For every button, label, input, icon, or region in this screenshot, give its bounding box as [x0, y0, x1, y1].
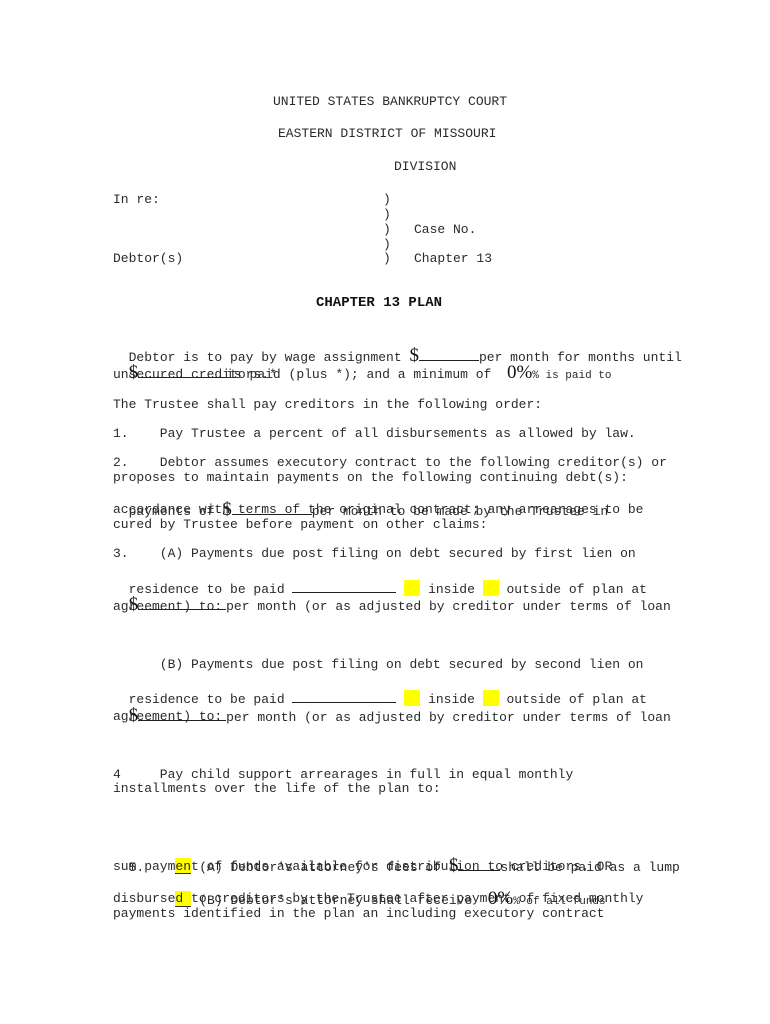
item-5-line: payments identified in the plan an inclu… — [113, 906, 604, 921]
item-3b-text: per month (or as adjusted by creditor un… — [226, 710, 671, 725]
item-3a-line: 3. (A) Payments due post filing on debt … — [113, 546, 636, 561]
intro-line-3: unsecured creditors.* — [113, 367, 277, 382]
case-number-label: Case No. — [414, 222, 476, 237]
item-2-line: proposes to maintain payments on the fol… — [113, 470, 628, 485]
caption-paren: ) — [383, 192, 391, 207]
item-1: 1. Pay Trustee a percent of all disburse… — [113, 426, 636, 441]
unsecured-percent-field[interactable]: 0% — [507, 362, 532, 383]
item-3b-line: agreement) to: — [113, 709, 222, 724]
item-4-line: 4 Pay child support arrearages in full i… — [113, 767, 573, 782]
debtors-label: Debtor(s) — [113, 251, 183, 266]
item-3a-text: per month (or as adjusted by creditor un… — [226, 599, 671, 614]
division-label: DIVISION — [394, 159, 456, 174]
intro-text: % is paid to — [532, 370, 611, 382]
in-re-label: In re: — [113, 192, 160, 207]
item-4-line: installments over the life of the plan t… — [113, 781, 441, 796]
item-2-line: cured by Trustee before payment on other… — [113, 517, 487, 532]
district-name: EASTERN DISTRICT OF MISSOURI — [278, 126, 496, 141]
document-title: CHAPTER 13 PLAN — [316, 296, 442, 311]
item-3a-line: agreement) to: — [113, 599, 222, 614]
order-intro: The Trustee shall pay creditors in the f… — [113, 397, 542, 412]
item-3b-line: (B) Payments due post filing on debt sec… — [113, 657, 644, 672]
caption-paren: ) — [383, 207, 391, 222]
item-2-line: 2. Debtor assumes executory contract to … — [113, 455, 667, 470]
caption-paren: ) — [383, 222, 391, 237]
item-5-line: disbursed to creditors by the Trustee af… — [113, 891, 644, 906]
court-name: UNITED STATES BANKRUPTCY COURT — [273, 94, 507, 109]
item-5-line: sum payment of funds available for distr… — [113, 859, 612, 874]
caption-paren: ) — [383, 237, 391, 252]
chapter-label: Chapter 13 — [414, 251, 492, 266]
item-2-line: accordance with terms of the original co… — [113, 502, 644, 517]
caption-paren: ) — [383, 251, 391, 266]
